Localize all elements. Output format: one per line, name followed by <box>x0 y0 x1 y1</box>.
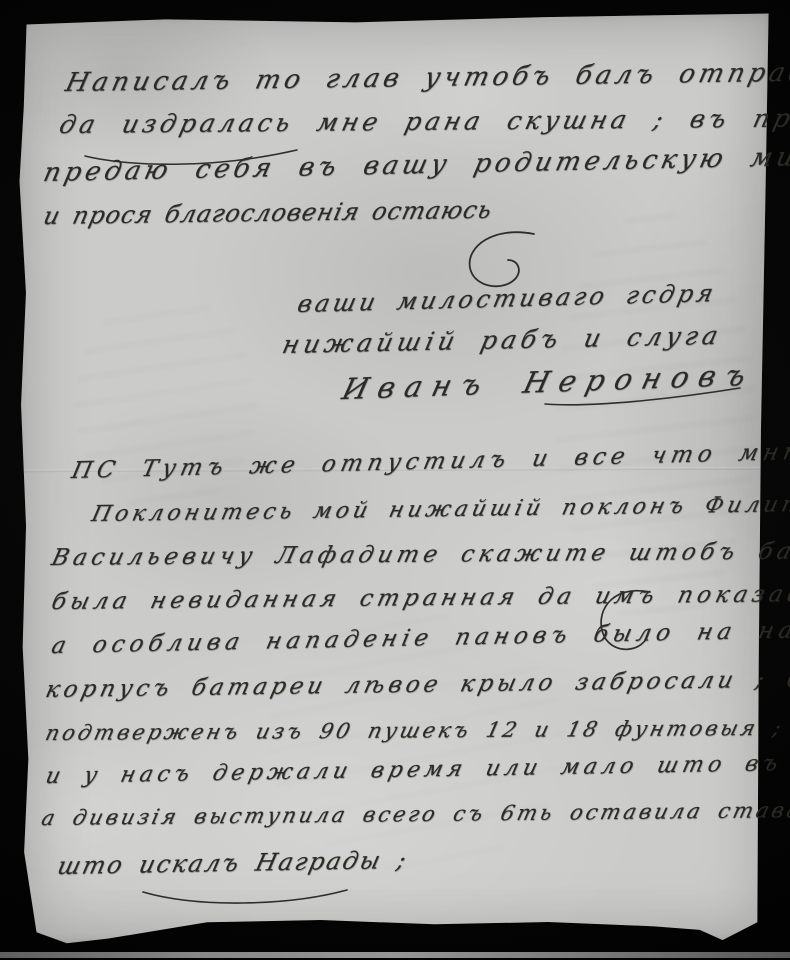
photo-of-letter: Написалъ то глав учтобъ балъ отправила д… <box>0 0 790 960</box>
scan-edge-strip <box>0 952 790 958</box>
handwritten-line: подтверженъ изъ 90 пушекъ 12 и 18 фунтов… <box>43 715 790 745</box>
ink-bleedthrough-smudge <box>555 211 756 632</box>
handwritten-line: да издралась мне рана скушна ; въ прочем… <box>57 103 790 139</box>
